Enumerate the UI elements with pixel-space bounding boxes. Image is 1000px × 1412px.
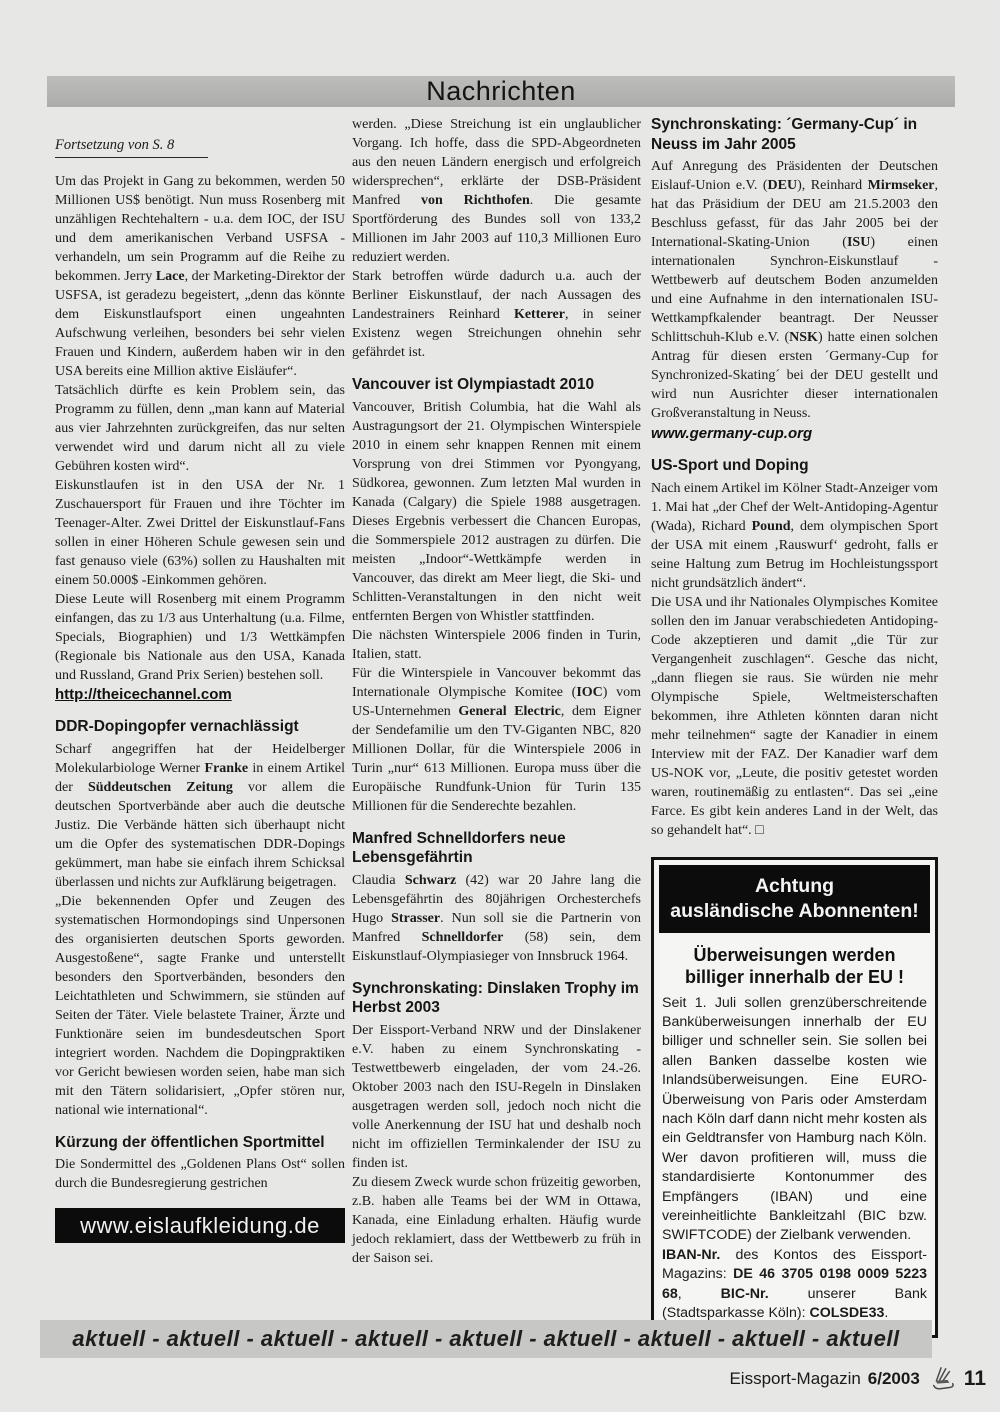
- magazine-page: Nachrichten Fortsetzung von S. 8 Um das …: [0, 0, 1000, 1412]
- article-paragraph: Tatsächlich dürfte es kein Problem sein,…: [55, 381, 345, 476]
- article-paragraph: Scharf angegriffen hat der Heidelberger …: [55, 740, 345, 892]
- subscriber-notice-paragraph: Seit 1. Juli sollen grenzüberschreitende…: [662, 994, 927, 1246]
- article-paragraph: Der Eissport-Verband NRW und der Dinslak…: [352, 1021, 641, 1173]
- article-paragraph: Claudia Schwarz (42) war 20 Jahre lang d…: [352, 871, 641, 966]
- article-heading-germany-cup: Synchronskating: ´Germany-Cup´ in Neuss …: [651, 115, 938, 154]
- article-paragraph: Stark betroffen würde dadurch u.a. auch …: [352, 267, 641, 362]
- subscriber-notice-iban: IBAN-Nr. des Kontos des Eissport-Magazin…: [662, 1246, 927, 1324]
- article-paragraph: Für die Winterspiele in Vancouver bekomm…: [352, 664, 641, 816]
- article-heading-us-doping: US-Sport und Doping: [651, 456, 938, 476]
- subscriber-notice-title-line2: billiger innerhalb der EU !: [663, 966, 926, 988]
- article-paragraph: Die Sondermittel des „Goldenen Plans Ost…: [55, 1155, 345, 1193]
- article-paragraph: Die USA und ihr Nationales Olympisches K…: [651, 593, 938, 840]
- article-heading-kuerzung: Kürzung der öffentlichen Sportmittel: [55, 1133, 345, 1153]
- column-middle: werden. „Diese Streichung ist ein unglau…: [352, 115, 641, 1268]
- column-right: Synchronskating: ´Germany-Cup´ in Neuss …: [651, 115, 938, 1338]
- skate-logo-icon: [927, 1366, 957, 1392]
- theicechannel-link[interactable]: http://theicechannel.com: [55, 686, 232, 703]
- subscriber-notice-header-line1: Achtung: [661, 874, 928, 899]
- eislaufkleidung-url: www.eislaufkleidung.de: [80, 1213, 320, 1239]
- article-heading-ddr-doping: DDR-Dopingopfer vernachlässigt: [55, 717, 345, 737]
- germany-cup-link[interactable]: www.germany-cup.org: [651, 425, 812, 442]
- article-paragraph: Zu diesem Zweck wurde schon früzeitig ge…: [352, 1173, 641, 1268]
- subscriber-notice-header-line2: ausländische Abonnenten!: [661, 899, 928, 924]
- article-paragraph: Diese Leute will Rosenberg mit einem Pro…: [55, 590, 345, 685]
- page-footer: Eissport-Magazin 6/2003 11: [729, 1366, 986, 1392]
- article-paragraph: Die nächsten Winterspiele 2006 finden in…: [352, 626, 641, 664]
- article-heading-dinslaken: Synchronskating: Dinslaken Trophy im Her…: [352, 979, 641, 1018]
- section-header-bar: Nachrichten: [47, 76, 955, 107]
- issue-number: 6/2003: [868, 1369, 920, 1389]
- continuation-note: Fortsetzung von S. 8: [55, 137, 208, 158]
- article-paragraph: „Die bekennenden Opfer und Zeugen des sy…: [55, 892, 345, 1120]
- article-paragraph: Vancouver, British Columbia, hat die Wah…: [352, 398, 641, 626]
- article-paragraph: Nach einem Artikel im Kölner Stadt-Anzei…: [651, 479, 938, 593]
- page-title: Nachrichten: [426, 76, 576, 107]
- column-left: Fortsetzung von S. 8 Um das Projekt in G…: [55, 136, 345, 1243]
- subscriber-notice-title: Überweisungen werden billiger innerhalb …: [663, 944, 926, 988]
- aktuell-ticker-bar: aktuell - aktuell - aktuell - aktuell - …: [40, 1320, 932, 1358]
- article-heading-vancouver: Vancouver ist Olympiastadt 2010: [352, 375, 641, 395]
- article-paragraph: werden. „Diese Streichung ist ein unglau…: [352, 115, 641, 267]
- subscriber-notice-header: Achtung ausländische Abonnenten!: [659, 865, 930, 933]
- article-paragraph: Eiskunstlaufen ist in den USA der Nr. 1 …: [55, 476, 345, 590]
- article-paragraph: Auf Anregung des Präsidenten der Deutsch…: [651, 157, 938, 423]
- article-heading-schnelldorfer: Manfred Schnelldorfers neue Lebensgefähr…: [352, 829, 641, 868]
- article-paragraph: Um das Projekt in Gang zu bekommen, werd…: [55, 172, 345, 381]
- page-number: 11: [964, 1367, 986, 1391]
- magazine-name: Eissport-Magazin: [729, 1369, 860, 1389]
- subscriber-notice-title-line1: Überweisungen werden: [663, 944, 926, 966]
- eislaufkleidung-ad-banner[interactable]: www.eislaufkleidung.de: [55, 1208, 345, 1243]
- subscriber-notice-box: Achtung ausländische Abonnenten! Überwei…: [651, 857, 938, 1339]
